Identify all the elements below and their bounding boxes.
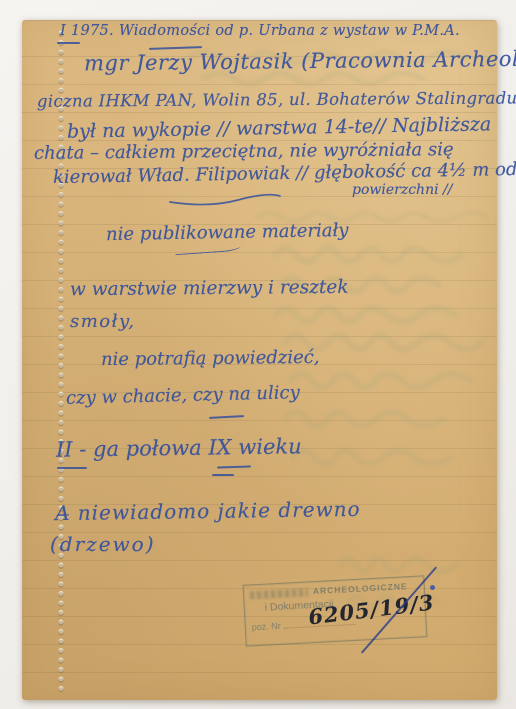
handwritten-line: powierzchni // bbox=[352, 182, 452, 198]
handwritten-line: smoły, bbox=[70, 311, 135, 332]
handwritten-line: nie potrafią powiedzieć, bbox=[101, 347, 320, 370]
bleed-through-ink bbox=[280, 322, 492, 480]
ink-dash bbox=[212, 474, 234, 476]
ink-underline bbox=[57, 467, 87, 469]
ink-dot bbox=[430, 585, 435, 590]
ink-underline bbox=[149, 46, 202, 49]
handwritten-line: był na wykopie // warstwa 14-te// Najbli… bbox=[67, 113, 492, 142]
handwritten-line: chata – całkiem przeciętna, nie wyróżnia… bbox=[34, 139, 454, 164]
scanned-document: I 1975. Wiadomości od p. Urbana z wystaw… bbox=[0, 0, 516, 709]
note-paper: I 1975. Wiadomości od p. Urbana z wystaw… bbox=[22, 20, 497, 700]
ink-dash bbox=[209, 415, 244, 418]
illegible-stamp-ink bbox=[250, 588, 308, 599]
handwritten-line: A̶ niewiadomo jakie drewno bbox=[55, 497, 361, 525]
ink-flourish bbox=[168, 192, 282, 208]
handwritten-line: nie publikowane materiały bbox=[106, 220, 349, 245]
handwritten-line: II - ga połowa IX wieku bbox=[56, 434, 302, 461]
ink-underline bbox=[57, 42, 80, 44]
ink-underline bbox=[175, 244, 241, 256]
ink-underline bbox=[217, 465, 251, 468]
perforation-holes bbox=[56, 28, 66, 694]
handwritten-line: czy w chacie, czy na ulicy bbox=[66, 382, 300, 409]
handwritten-line: I 1975. Wiadomości od p. Urbana z wystaw… bbox=[60, 23, 460, 39]
handwritten-line: mgr Jerzy Wojtasik (Pracownia Archeolo- bbox=[84, 47, 516, 76]
handwritten-line: giczna IHKM PAN, Wolin 85, ul. Bohaterów… bbox=[37, 88, 516, 111]
handwritten-line: (drzewo) bbox=[50, 532, 156, 556]
handwritten-line: w warstwie mierzwy i resztek bbox=[70, 277, 349, 300]
